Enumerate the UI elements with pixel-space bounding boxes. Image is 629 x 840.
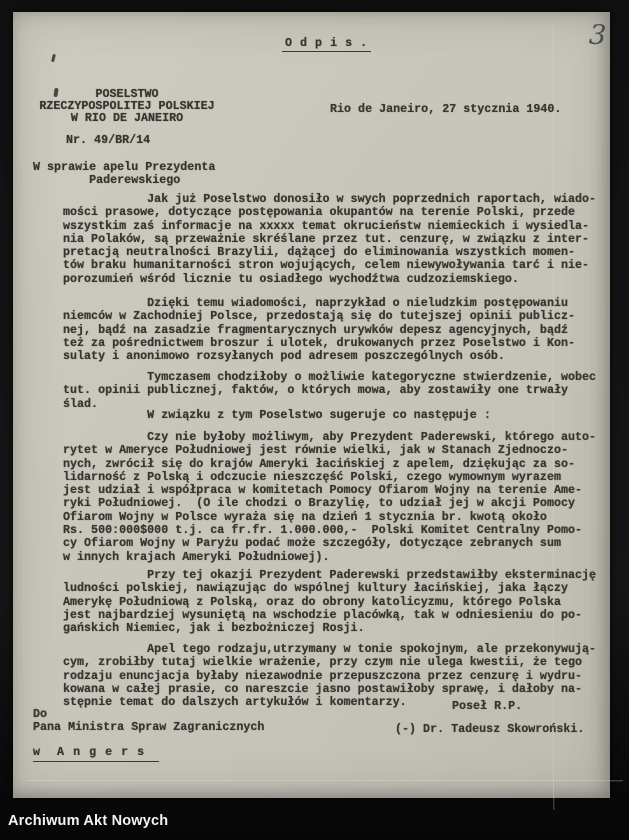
paragraph-4: W związku z tym Poselstwo sugeruje co na… xyxy=(63,409,491,422)
copy-heading: O d p i s . xyxy=(282,37,371,52)
reference-number: Nr. 49/BR/14 xyxy=(66,134,150,147)
paragraph-1: Jak już Poselstwo donosiło w swych poprz… xyxy=(63,193,596,286)
letterhead: POSELSTWO RZECZYPOSPOLITEJ POLSKIEJ W RI… xyxy=(34,88,220,125)
paragraph-6: Przy tej okazji Prezydent Paderewski prz… xyxy=(63,569,596,635)
signature-title: Poseł R.P. xyxy=(452,700,522,713)
scanned-document-view: O d p i s . 3 POSELSTWO RZECZYPOSPOLITEJ… xyxy=(0,0,629,840)
paragraph-3: Tymczasem chodziłoby o możliwie kategory… xyxy=(63,371,596,411)
paper-crease-horizontal xyxy=(26,780,623,782)
paragraph-2: Dzięki temu wiadomości, naprzykład o nie… xyxy=(63,297,575,363)
handwritten-page-number: 3 xyxy=(588,20,607,52)
signature-name: (-) Dr. Tadeusz Skowroński. xyxy=(395,723,584,736)
addressee-place: w A n g e r s xyxy=(33,746,159,762)
subject-line: W sprawie apelu Prezydenta Paderewskiego xyxy=(33,161,215,187)
addressee-name: Pana Ministra Spraw Zagranicznych xyxy=(33,721,264,734)
archive-footer-label: Archiwum Akt Nowych xyxy=(8,813,168,829)
paragraph-5: Czy nie byłoby możliwym, aby Prezydent P… xyxy=(63,431,596,564)
place-date-line: Rio de Janeiro, 27 stycznia 1940. xyxy=(330,103,561,116)
